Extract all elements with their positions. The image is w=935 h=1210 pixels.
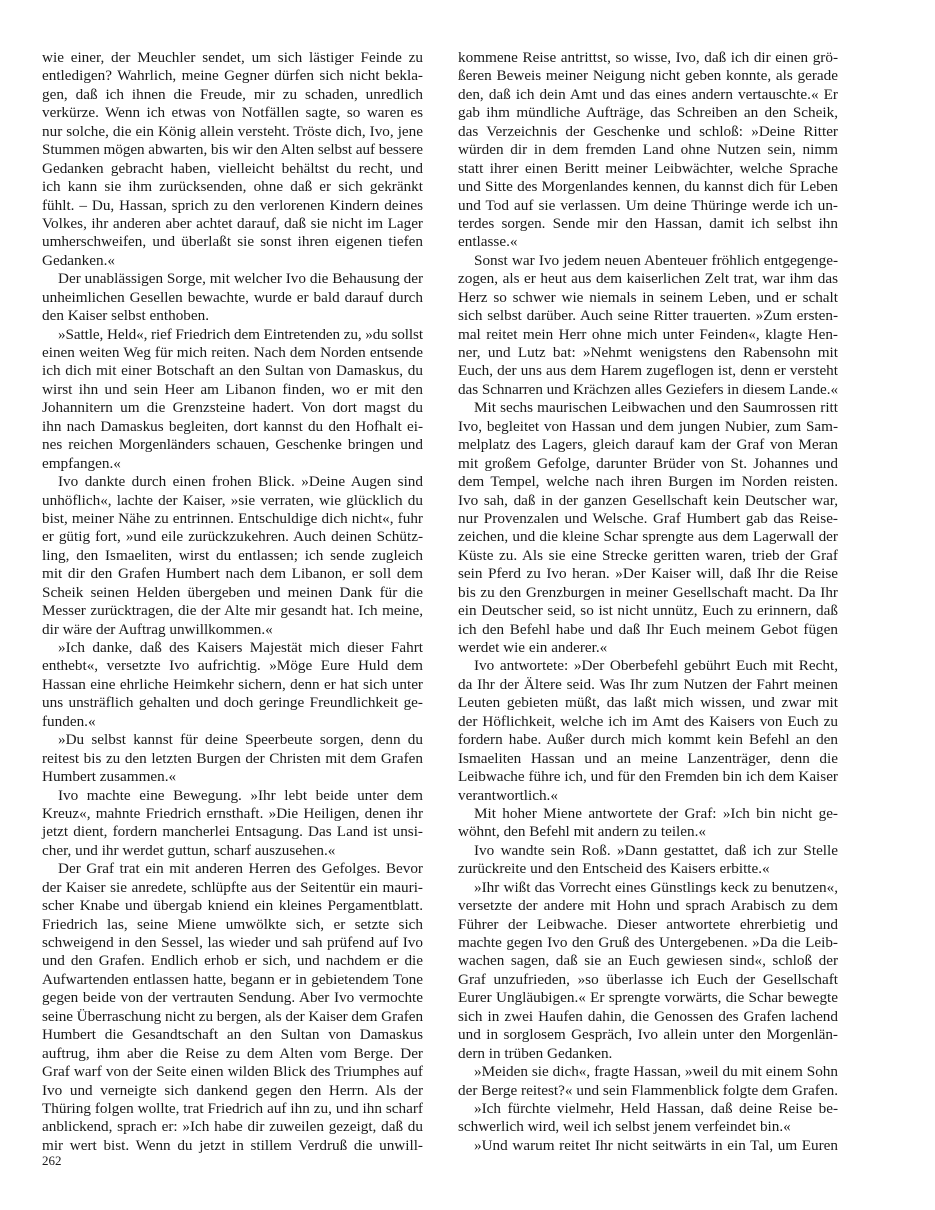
text-line: nur Provenzalen und Welsche. Graf Humber… <box>458 510 838 528</box>
text-line: mir wert bist. Wenn du jetzt in stillem … <box>42 1137 423 1155</box>
text-line: fordern habe. Außer durch mich kommt kei… <box>458 731 838 749</box>
text-line: Mit hoher Miene antwortete der Graf: »Ic… <box>458 805 838 823</box>
text-line: Ivo, begleitet von Hassan und dem jungen… <box>458 418 838 436</box>
book-page: wie einer, der Meuchler sendet, um sich … <box>0 0 935 1210</box>
text-line: Der Graf trat ein mit anderen Herren des… <box>42 860 423 878</box>
text-line: versetzte der andere mit Hohn und sprach… <box>458 897 838 915</box>
text-line: entlasse.« <box>458 233 838 251</box>
text-line: der Kaiser sie anredete, schlüpfte aus d… <box>42 879 423 897</box>
text-line: Ivo wandte sein Roß. »Dann gestattet, da… <box>458 842 838 860</box>
text-line: Kreuz«, mahnte Friedrich ernsthaft. »Die… <box>42 805 423 823</box>
text-line: Humbert zusammen.« <box>42 768 423 786</box>
text-line: sein Pferd zu Ivo heran. »Der Kaiser wil… <box>458 565 838 583</box>
text-line: verantwortlich.« <box>458 787 838 805</box>
text-line: wachen sagen, daß sie an Euch gewiesen s… <box>458 952 838 970</box>
text-line: Führer der Leibwache. Dieser antwortete … <box>458 916 838 934</box>
text-line: Hassan eine ehrliche Heimkehr sichern, d… <box>42 676 423 694</box>
text-line: unhöflich«, lachte der Kaiser, »sie verr… <box>42 492 423 510</box>
text-line: Euch, der uns aus dem Harem zugeflogen i… <box>458 362 838 380</box>
text-line: »Ich danke, daß des Kaisers Majestät mic… <box>42 639 423 657</box>
text-line: Ismaeliten Hassan und an meine Lanzenträ… <box>458 750 838 768</box>
text-line: und in sorglosem Gespräch, Ivo allein un… <box>458 1026 838 1044</box>
text-line: empfangen.« <box>42 455 423 473</box>
text-line: Thüring folgen wollte, trat Friedrich au… <box>42 1100 423 1118</box>
text-line: entledigen? Wahrlich, meine Gegner dürfe… <box>42 67 423 85</box>
text-line: schweigend in den Sessel, las wieder und… <box>42 934 423 952</box>
text-line: mit dir den Grafen Humbert nach dem Liba… <box>42 565 423 583</box>
text-line: kommene Reise antrittst, so wisse, Ivo, … <box>458 49 838 67</box>
text-line: schwerlich wird, weil ich selbst jenem v… <box>458 1118 838 1136</box>
text-line: umherschweifen, und überlaßt sie sonst i… <box>42 233 423 251</box>
text-line: enthebt«, versetzte Ivo aufrichtig. »Mög… <box>42 657 423 675</box>
text-line: einen weiten Weg für mich reiten. Nach d… <box>42 344 423 362</box>
text-line: sich selbst darüber. Auch seine Ritter t… <box>458 307 838 325</box>
text-line: Sonst war Ivo jedem neuen Abenteuer fröh… <box>458 252 838 270</box>
text-line: Leibwache führe ich, und für den Fremden… <box>458 768 838 786</box>
text-line: Graf warf von der Seite einen wilden Bli… <box>42 1063 423 1081</box>
text-line: bist, meiner Nähe zu entrinnen. Entschul… <box>42 510 423 528</box>
right-text-column: kommene Reise antrittst, so wisse, Ivo, … <box>458 49 838 1155</box>
text-line: Johannitern um die Grenzsteine hadert. V… <box>42 399 423 417</box>
text-line: ich kann sie ihm zurücksenden, ohne daß … <box>42 178 423 196</box>
text-line: anblickend, sprach er: »Ich habe dir zuw… <box>42 1118 423 1136</box>
text-line: gen, daß ich ihnen die Freude, mir zu sc… <box>42 86 423 104</box>
text-line: Ivo dankte durch einen frohen Blick. »De… <box>42 473 423 491</box>
text-line: dern in trüben Gedanken. <box>458 1045 838 1063</box>
text-line: reitest bis zu den letzten Burgen der Ch… <box>42 750 423 768</box>
text-line: gegen beide von der vertrauten Sendung. … <box>42 989 423 1007</box>
text-line: jetzt dient, fordern mancherlei Entsagun… <box>42 823 423 841</box>
text-line: Gedanken.« <box>42 252 423 270</box>
text-line: unheimlichen Gesellen bewachte, wurde er… <box>42 289 423 307</box>
page-number: 262 <box>42 1153 62 1169</box>
text-line: melplatz des Lagers, gleich darauf kam d… <box>458 436 838 454</box>
text-line: auftrug, ihm aber die Reise zu dem Alten… <box>42 1045 423 1063</box>
text-line: ihn nach Damaskus begleiten, dort kannst… <box>42 418 423 436</box>
text-line: würden dir in dem fremden Land ohne Nutz… <box>458 141 838 159</box>
text-line: ner, und Lutz bat: »Nehmt wenigstens den… <box>458 344 838 362</box>
text-line: wöhnt, den Befehl mit andern zu teilen.« <box>458 823 838 841</box>
text-line: Graf unzufrieden, »so überlasse ich Euch… <box>458 971 838 989</box>
text-line: gab ihm mündliche Aufträge, das Schreibe… <box>458 104 838 122</box>
text-line: Küste zu. Als sie eine Strecke geritten … <box>458 547 838 565</box>
text-line: mit großem Gefolge, darunter Brüder von … <box>458 455 838 473</box>
text-line: uns unsträflich gehalten und doch gering… <box>42 694 423 712</box>
text-line: das Schnarren und Krächzen alles Geziefe… <box>458 381 838 399</box>
text-line: »Sattle, Held«, rief Friedrich dem Eintr… <box>42 326 423 344</box>
text-line: Eurer Ungläubigen.« Er sprengte vorwärts… <box>458 989 838 1007</box>
text-line: terdes sorgen. Sende mir den Hassan, dam… <box>458 215 838 233</box>
text-line: ling, den Ismaeliten, wirst du entlassen… <box>42 547 423 565</box>
text-line: und den Grafen. Endlich erhob er sich, u… <box>42 952 423 970</box>
text-line: werdet wie ein anderer.« <box>458 639 838 657</box>
text-line: statt ihrer einen Beritt meiner Leibwäch… <box>458 160 838 178</box>
text-line: Stummen mögen abwarten, bis wir den Alte… <box>42 141 423 159</box>
text-line: ich den Befehl habe und daß Ihr Euch mei… <box>458 621 838 639</box>
text-line: fühlt. – Du, Hassan, sprich zu den verlo… <box>42 197 423 215</box>
text-line: Messer zurücktragen, die der Alte mir ge… <box>42 602 423 620</box>
text-line: dir wäre der Auftrag unwillkommen.« <box>42 621 423 639</box>
text-line: »Du selbst kannst für deine Speerbeute s… <box>42 731 423 749</box>
text-line: seine Überraschung nicht zu bergen, als … <box>42 1008 423 1026</box>
text-line: cher, und ihr werdet guttun, scharf ausz… <box>42 842 423 860</box>
text-line: »Ihr wißt das Vorrecht eines Günstlings … <box>458 879 838 897</box>
text-line: wirst ihn und sein Heer am Libanon finde… <box>42 381 423 399</box>
text-line: Der unablässigen Sorge, mit welcher Ivo … <box>42 270 423 288</box>
text-line: der Höflichkeit, welche ich im Amt des K… <box>458 713 838 731</box>
text-line: dem Tempel, welche nach ihren Burgen im … <box>458 473 838 491</box>
text-line: Aufwartenden entlassen hatte, begann er … <box>42 971 423 989</box>
text-line: Herz so schwer wie niemals in seinem Leb… <box>458 289 838 307</box>
text-line: »Ich fürchte vielmehr, Held Hassan, daß … <box>458 1100 838 1118</box>
text-line: Ivo antwortete: »Der Oberbefehl gebührt … <box>458 657 838 675</box>
text-line: da Ihr der Ältere seid. Was Ihr zum Nutz… <box>458 676 838 694</box>
text-line: Humbert die Gesandtschaft an den Sultan … <box>42 1026 423 1044</box>
text-line: und Tod auf sie verlassen. Um deine Thür… <box>458 197 838 215</box>
text-line: Ivo sah, daß in der ganzen Gesellschaft … <box>458 492 838 510</box>
text-line: ich dich mit einer Botschaft an den Sult… <box>42 362 423 380</box>
text-line: nur solche, die ein König allein versteh… <box>42 123 423 141</box>
text-line: Leuten gebieten müßt, das laßt mich wiss… <box>458 694 838 712</box>
text-line: den, daß ich dein Amt und das eines ande… <box>458 86 838 104</box>
left-text-column: wie einer, der Meuchler sendet, um sich … <box>42 49 423 1155</box>
text-line: ßeren Beweis meiner Neigung nicht geben … <box>458 67 838 85</box>
text-line: der Berge reitest?« und sein Flammenblic… <box>458 1082 838 1100</box>
text-line: wie einer, der Meuchler sendet, um sich … <box>42 49 423 67</box>
text-line: zeichen, und die kleine Schar sprengte a… <box>458 528 838 546</box>
text-line: sich in zwei Haufen dahin, die Genossen … <box>458 1008 838 1026</box>
text-line: bis zu den Grenzburgen in meiner Gesells… <box>458 584 838 602</box>
text-line: den Kaiser selbst enthoben. <box>42 307 423 325</box>
text-line: machte gegen Ivo den Gruß des Untergeben… <box>458 934 838 952</box>
text-line: Volkes, ihr anderen aber achtet darauf, … <box>42 215 423 233</box>
text-line: funden.« <box>42 713 423 731</box>
text-line: Ivo und verneigte sich dankend gegen den… <box>42 1082 423 1100</box>
text-line: Mit sechs maurischen Leibwachen und den … <box>458 399 838 417</box>
text-line: scher Knabe und übergab kniend ein klein… <box>42 897 423 915</box>
text-line: Ivo machte eine Bewegung. »Ihr lebt beid… <box>42 787 423 805</box>
text-line: mal reitet mein Herr ohne mich unter Fei… <box>458 326 838 344</box>
text-line: ein Deutscher seid, so ist nicht unnütz,… <box>458 602 838 620</box>
text-line: das Verzeichnis der Geschenke und schloß… <box>458 123 838 141</box>
text-line: verkürze. Wenn ich etwas von Notfällen s… <box>42 104 423 122</box>
text-line: und Sitte des Morgenlandes kennen, du ka… <box>458 178 838 196</box>
text-line: Scheik seinen Helden übergeben und meine… <box>42 584 423 602</box>
text-line: Friedrich las, seine Miene umwölkte sich… <box>42 916 423 934</box>
text-line: er gütig fort, »und eile zurückzukehren.… <box>42 528 423 546</box>
text-line: zogen, als er heut aus dem kaiserlichen … <box>458 270 838 288</box>
text-line: zurückreite und den Entscheid des Kaiser… <box>458 860 838 878</box>
text-line: Gedanken gebracht haben, vielleicht behä… <box>42 160 423 178</box>
text-line: »Und warum reitet Ihr nicht seitwärts in… <box>458 1137 838 1155</box>
text-line: nes reichen Morgenländers schauen, Gesch… <box>42 436 423 454</box>
text-line: »Meiden sie dich«, fragte Hassan, »weil … <box>458 1063 838 1081</box>
